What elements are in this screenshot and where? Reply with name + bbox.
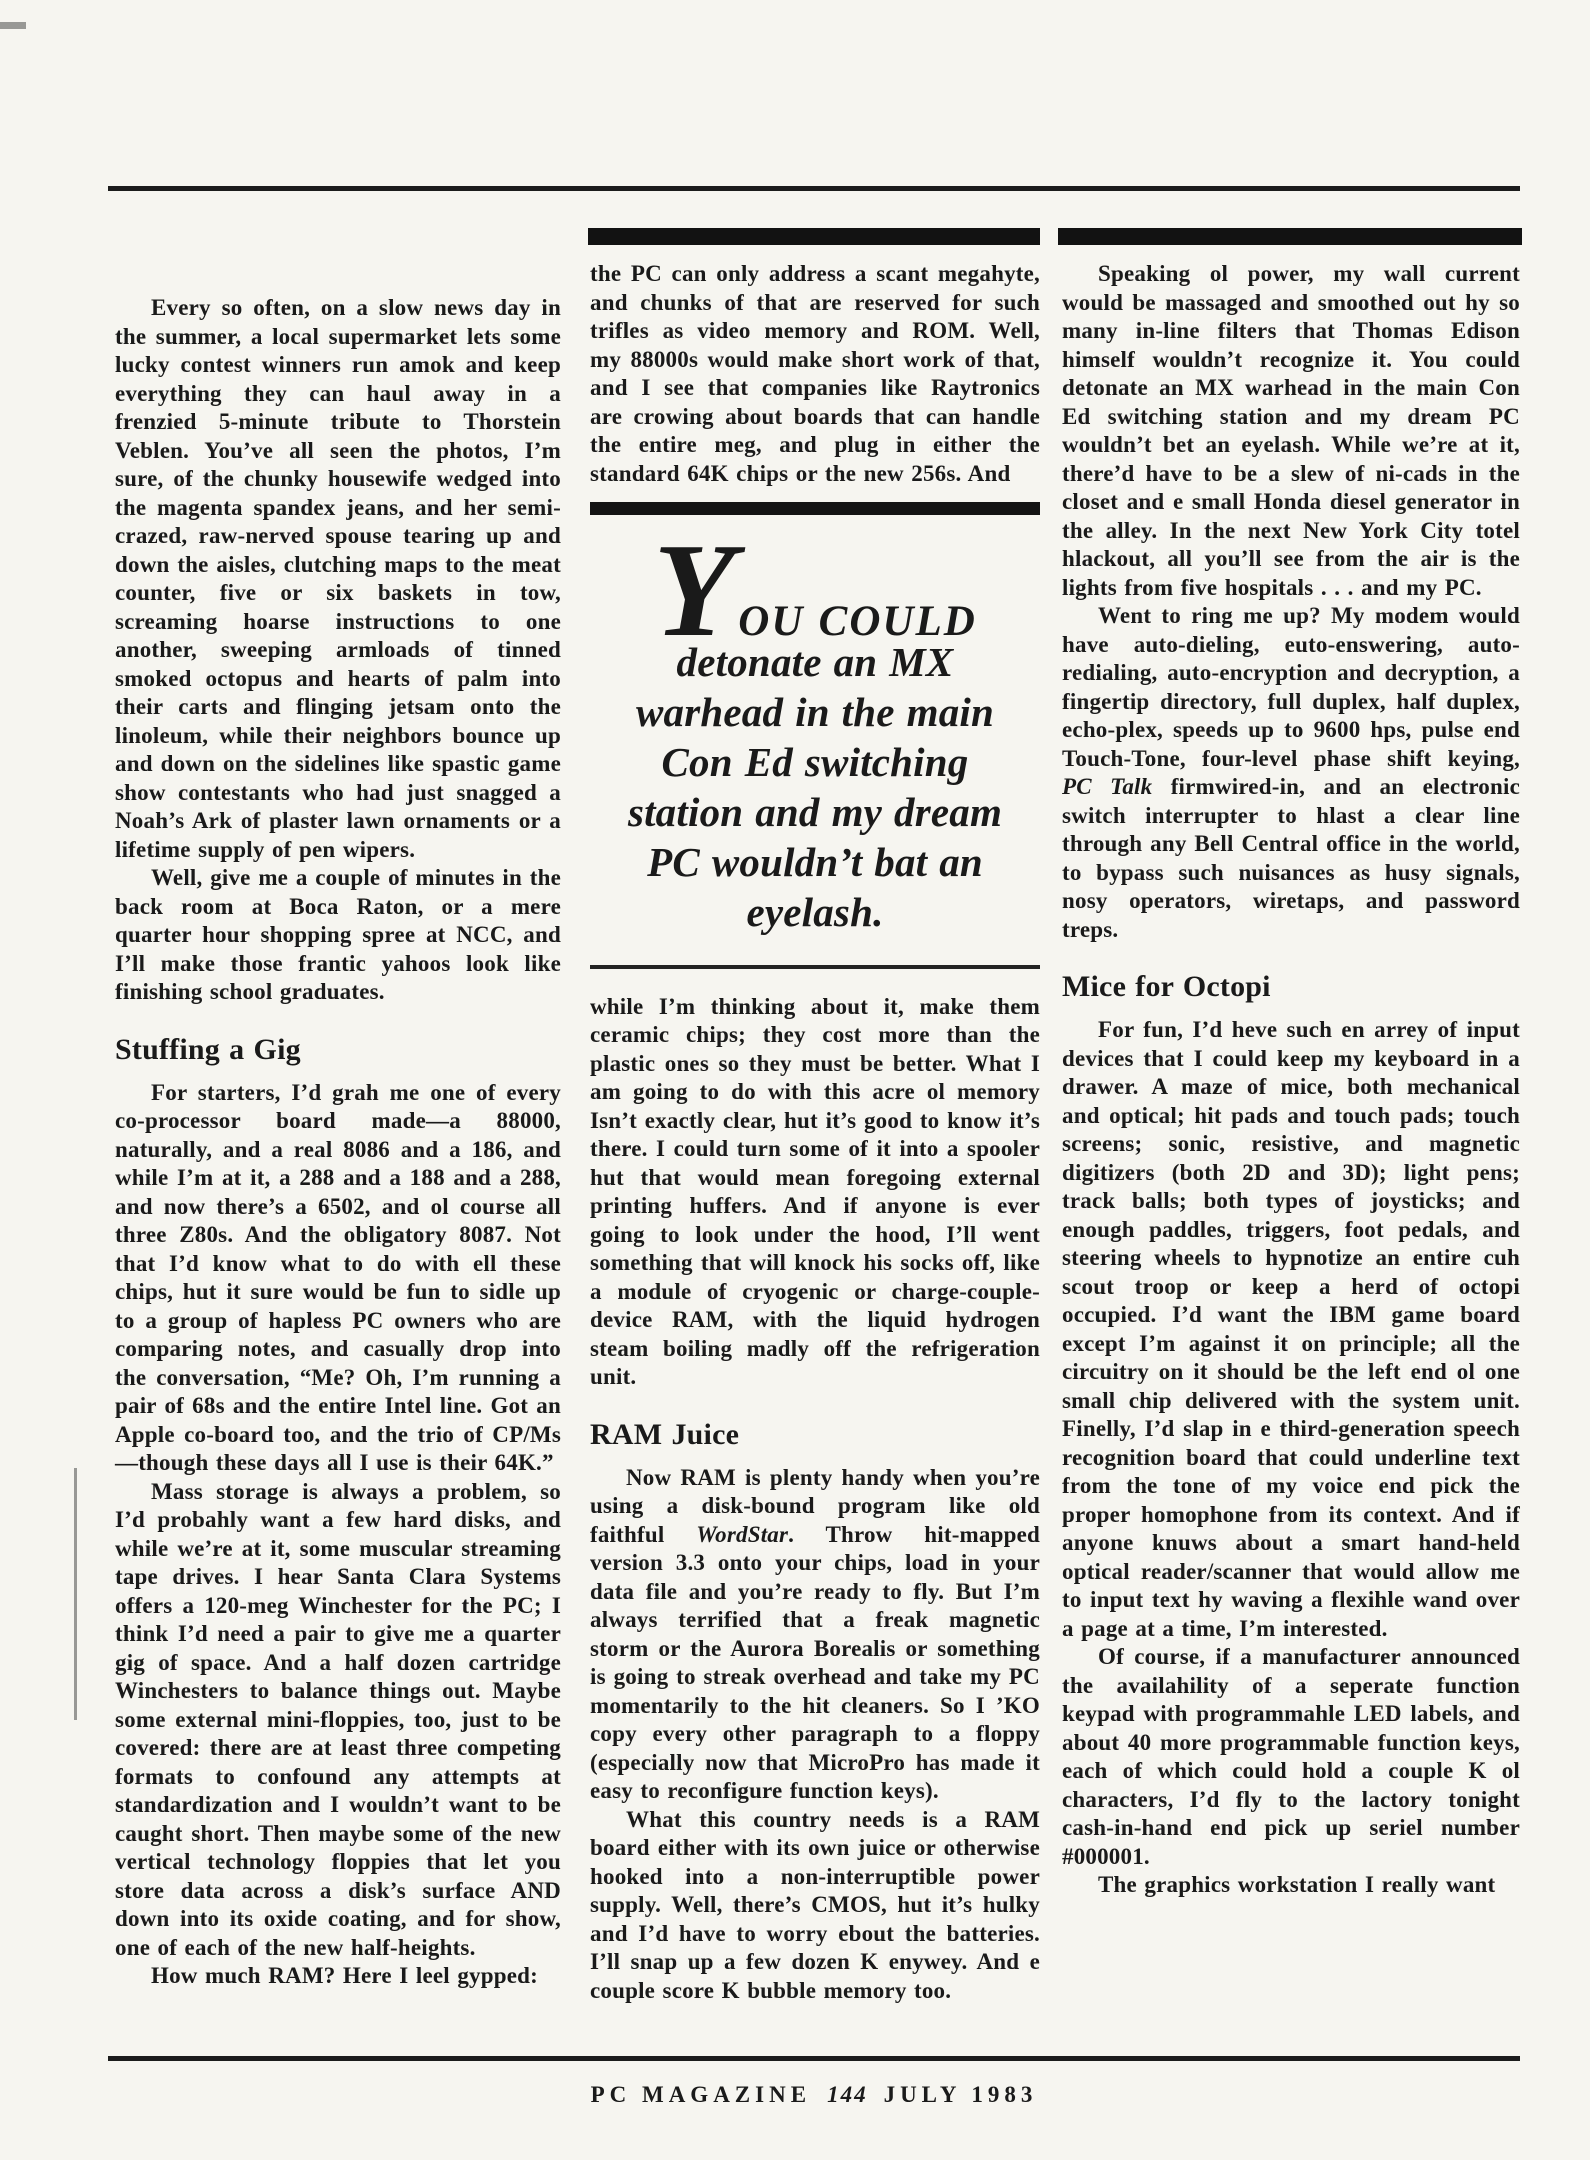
column2-top-bar [588,228,1040,245]
body-paragraph: Went to ring me up? My modem would have … [1062,602,1520,944]
magazine-page: Every so often, on a slow news day in th… [0,0,1590,2160]
pull-quote-lead-text: OU COULD [738,608,976,637]
footer-page-number: 144 [827,2082,868,2107]
pull-quote: YOU COULDdetonate an MXwarhead in the ma… [590,502,1040,969]
scan-artifact-mark [0,22,26,29]
body-paragraph: while I’m thinking about it, make them c… [590,993,1040,1392]
footer-date: JULY 1983 [884,2082,1038,2107]
pull-quote-line: eyelash. [590,887,1040,937]
body-paragraph: Well, give me a couple of minutes in the… [115,864,561,1007]
footer-magazine-title: PC MAGAZINE [591,2082,811,2107]
text-column-1: Every so often, on a slow news day in th… [115,294,561,2060]
body-paragraph: How much RAM? Here I leel gypped: [115,1962,561,1991]
body-paragraph: Mass storage is always a problem, so I’d… [115,1478,561,1963]
scan-artifact-line [74,1468,77,1720]
pull-quote-top-rule [590,502,1040,515]
text-column-3: Speaking ol power, my wall current would… [1062,260,1520,2060]
body-paragraph: For starters, I’d grah me one of every c… [115,1079,561,1478]
pull-quote-line: warhead in the main [590,687,1040,737]
pull-quote-bottom-rule [590,965,1040,969]
bottom-rule [108,2056,1520,2061]
body-paragraph: The graphics workstation I really want [1062,1871,1520,1900]
section-heading: Stuffing a Gig [115,1033,561,1067]
body-paragraph: the PC can only address a scant megahyte… [590,260,1040,488]
pull-quote-line: PC wouldn’t bat an [590,837,1040,887]
top-rule [108,186,1520,191]
body-paragraph: For fun, I’d heve such en arrey of input… [1062,1016,1520,1643]
body-paragraph: What this country needs is a RAM board e… [590,1806,1040,2006]
text-column-2: the PC can only address a scant megahyte… [590,260,1040,2060]
section-heading: RAM Juice [590,1418,1040,1452]
column3-top-bar [1058,228,1522,245]
page-footer: PC MAGAZINE144JULY 1983 [108,2082,1520,2108]
body-paragraph: Every so often, on a slow news day in th… [115,294,561,864]
body-paragraph: Of course, if a manufacturer announced t… [1062,1643,1520,1871]
body-paragraph: Now RAM is plenty handy when you’re usin… [590,1464,1040,1806]
pull-quote-line: station and my dream [590,787,1040,837]
section-heading: Mice for Octopi [1062,970,1520,1004]
pull-quote-lead-line: YOU COULD [590,555,1040,637]
pull-quote-line: Con Ed switching [590,737,1040,787]
pull-quote-initial-cap: Y [653,555,735,625]
body-paragraph: Speaking ol power, my wall current would… [1062,260,1520,602]
